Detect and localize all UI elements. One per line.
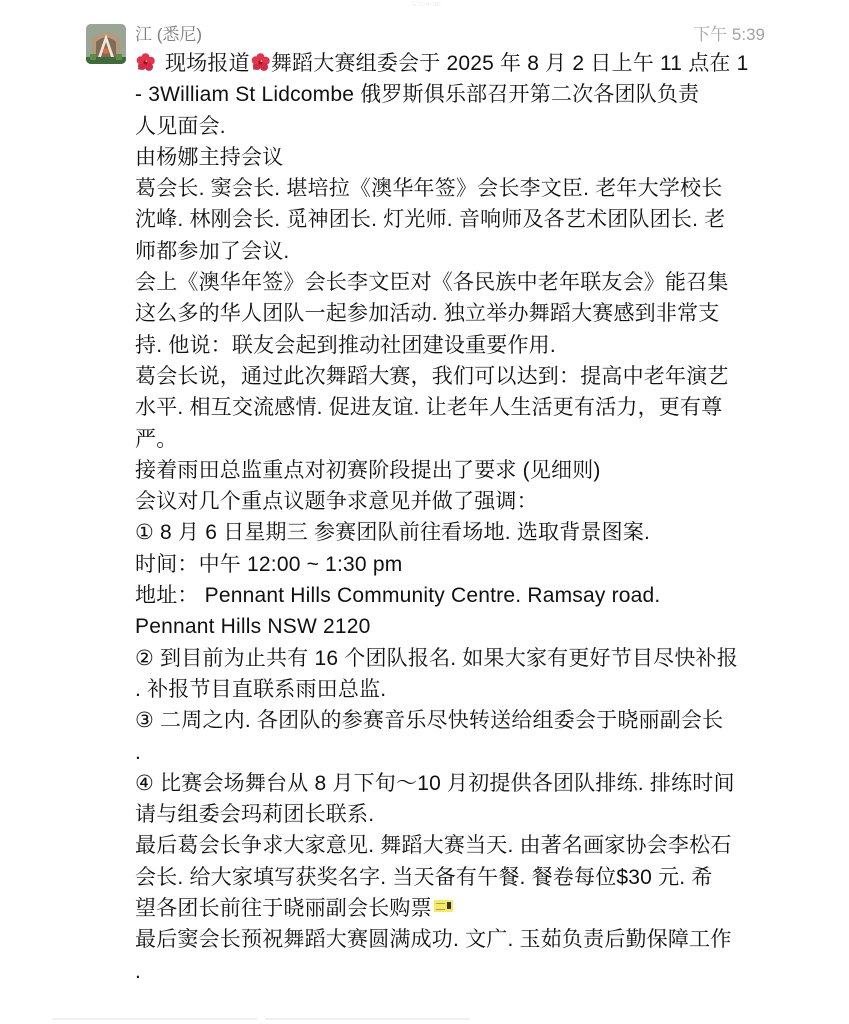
message-line: 接着雨田总监重点对初赛阶段提出了要求 (见细则) [135,455,785,486]
avatar-photo-icon [86,24,126,64]
message-line: 葛会长. 窦会长. 堪培拉《澳华年签》会长李文臣. 老年大学校长 [135,173,785,204]
previous-timestamp-faded: 下午4:35 [385,0,465,6]
ticket-icon [434,900,453,912]
message-line: . [135,737,785,768]
agenda-item-1: ① 8 月 6 日星期三 参赛团队前往看场地. 选取背景图案. [135,517,785,548]
message-line: 水平. 相互交流感情. 促进友谊. 让老年人生活更有活力，更有尊 [135,392,785,423]
agenda-item-3: ③ 二周之内. 各团队的参赛音乐尽快转送给组委会于晓丽副会长 [135,705,785,736]
hibiscus-icon [250,52,271,73]
message-line: 现场报道 舞蹈大赛组委会于 2025 年 8 月 2 日上午 11 点在 1 [135,48,785,79]
agenda-time: 时间：中午 12:00 ~ 1:30 pm [135,549,785,580]
message-line: 葛会长说，通过此次舞蹈大赛，我们可以达到：提高中老年演艺 [135,361,785,392]
message-line: 会长. 给大家填写获奖名字. 当天备有午餐. 餐卷每位$30 元. 希 [135,862,785,893]
message-line: 师都参加了会议. [135,236,785,267]
message-line: 会上《澳华年签》会长李文臣对《各民族中老年联友会》能召集 [135,267,785,298]
line-text: 舞蹈大赛组委会于 2025 年 8 月 2 日上午 11 点在 1 [271,52,749,75]
line-text: 现场报道 [159,52,250,75]
hibiscus-icon [135,52,156,73]
message-line: 这么多的华人团队一起参加活动. 独立举办舞蹈大赛感到非常支 [135,298,785,329]
message-line: 望各团长前往于晓丽副会长购票 [135,893,785,924]
message-line: 沈峰. 林刚会长. 觅神团长. 灯光师. 音响师及各艺术团队团长. 老 [135,204,785,235]
message-line: 最后葛会长争求大家意见. 舞蹈大赛当天. 由著名画家协会李松石 [135,830,785,861]
line-text: 望各团长前往于晓丽副会长购票 [135,897,432,920]
message-line: 最后窦会长预祝舞蹈大赛圆满成功. 文广. 玉茹负责后勤保障工作 [135,924,785,955]
message-line: . [135,956,785,987]
message-timestamp: 下午 5:39 [693,24,765,46]
message-header: 江 (悉尼) 下午 5:39 [135,24,765,46]
message-line: 持. 他说：联友会起到推动社团建设重要作用. [135,330,785,361]
message-line: 请与组委会玛莉团长联系. [135,799,785,830]
agenda-address-cont: Pennant Hills NSW 2120 [135,611,785,642]
message-body[interactable]: 现场报道 舞蹈大赛组委会于 2025 年 8 月 2 日上午 11 点在 1 -… [135,48,785,987]
agenda-address: 地址： Pennant Hills Community Centre. Rams… [135,580,785,611]
message-line: 人见面会. [135,111,785,142]
message-line: 会议对几个重点议题争求意见并做了强调： [135,486,785,517]
message-line: - 3William St Lidcombe 俄罗斯俱乐部召开第二次各团队负责 [135,79,785,110]
bottom-divider [52,1018,257,1020]
message-line: 严。 [135,424,785,455]
avatar[interactable] [86,24,126,64]
agenda-item-2: ② 到目前为止共有 16 个团队报名. 如果大家有更好节目尽快补报 [135,643,785,674]
message-line: . 补报节目直联系雨田总监. [135,674,785,705]
sender-name[interactable]: 江 (悉尼) [135,24,202,46]
bottom-divider [265,1018,470,1020]
message-line: 由杨娜主持会议 [135,142,785,173]
agenda-item-4: ④ 比赛会场舞台从 8 月下旬～10 月初提供各团队排练. 排练时间 [135,768,785,799]
